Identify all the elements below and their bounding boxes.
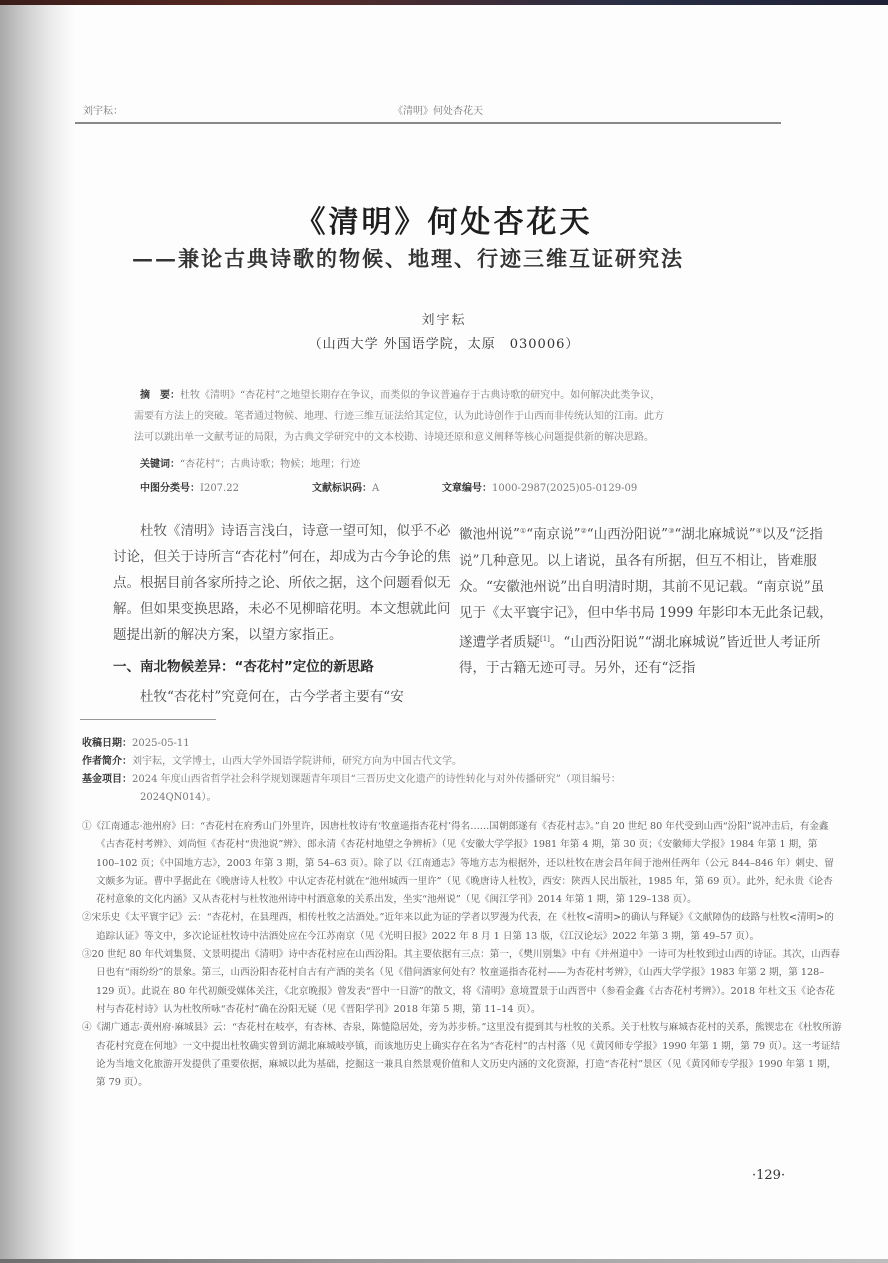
footnote-1: ①《江南通志·池州府》曰：“杏花村在府秀山门外里许，因唐杜牧诗有‘牧童遥指杏花村…: [82, 818, 842, 909]
citation-ref[interactable]: [1]: [540, 635, 550, 643]
author-affiliation: （山西大学 外国语学院，太原 030006）: [0, 333, 888, 352]
footnote-3: ③20 世纪 80 年代刘集贤、文景明提出《清明》诗中杏花村应在山西汾阳。其主要…: [82, 946, 842, 1019]
abstract-line-2: 需要有方法上的突破。笔者通过物候、地理、行迹三维互证法给其定位，认为此诗创作于山…: [134, 406, 780, 427]
article-author: 刘宇耘: [0, 309, 888, 328]
footnote-marker: ③: [82, 949, 92, 960]
body-right-column: 徽池州说”①“南京说”②“山西汾阳说”③“湖北麻城说”④以及“泛指说”几种意见。…: [459, 518, 835, 681]
abstract-line-3: 法可以跳出单一文献考证的局限，为古典文学研究中的文本校勘、诗境还原和意义阐释等核…: [134, 427, 780, 448]
keywords: 关键词：“杏花村”；古典诗歌；物候；地理；行迹: [140, 455, 360, 470]
received-date: 收稿日期：2025-05-11: [82, 735, 842, 753]
classification-row: 中图分类号：I207.22 文献标识码：A 文章编号：1000-2987(202…: [140, 479, 780, 494]
footnotes: ①《江南通志·池州府》曰：“杏花村在府秀山门外里许，因唐杜牧诗有‘牧童遥指杏花村…: [82, 818, 842, 1092]
body-paragraph: 杜牧《清明》诗语言浅白，诗意一望可知，似乎不必讨论，但关于诗所言“杏花村”何在，…: [113, 518, 458, 648]
footnote-marker: ④: [82, 1022, 92, 1033]
article-subtitle: ——兼论古典诗歌的物候、地理、行迹三维互证研究法: [132, 243, 684, 273]
author-bio: 作者简介：刘宇耘，文学博士，山西大学外国语学院讲师，研究方向为中国古代文学。: [82, 753, 842, 771]
keywords-label: 关键词：: [140, 459, 180, 470]
abstract-line-1: 摘 要：杜牧《清明》“杏花村”之地望长期存在争议，而类似的争议普遍存于古典诗歌的…: [140, 385, 780, 406]
abstract: 摘 要：杜牧《清明》“杏花村”之地望长期存在争议，而类似的争议普遍存于古典诗歌的…: [140, 385, 780, 448]
body-paragraph-continued: 徽池州说”①“南京说”②“山西汾阳说”③“湖北麻城说”④以及“泛指说”几种意见。…: [459, 518, 835, 681]
article-metadata: 收稿日期：2025-05-11 作者简介：刘宇耘，文学博士，山西大学外国语学院讲…: [82, 735, 842, 807]
article-title: 《清明》何处杏花天: [0, 197, 888, 241]
running-header-author: 刘宇耘：: [83, 102, 123, 117]
footnote-4: ④《湖广通志·黄州府·麻城县》云：“杏花村在岐亭，有杏林、杏泉，陈慥隐居处，旁为…: [82, 1019, 842, 1092]
footnote-marker: ①: [82, 821, 92, 832]
footnote-marker: ②: [82, 912, 92, 923]
fund-project-continued: 2024QN014）。: [82, 789, 842, 807]
article-number: 文章编号：1000-2987(2025)05-0129-09: [442, 479, 637, 494]
clc-number: 中图分类号：I207.22: [140, 483, 239, 494]
footnote-divider: [80, 719, 216, 720]
keywords-value: “杏花村”；古典诗歌；物候；地理；行迹: [180, 459, 360, 470]
abstract-label: 摘 要：: [140, 390, 180, 401]
fund-project: 基金项目：2024 年度山西省哲学社会科学规划课题青年项目“三晋历史文化遗产的诗…: [82, 771, 842, 789]
body-paragraph: 杜牧“杏花村”究竟何在，古今学者主要有“安: [113, 684, 458, 710]
running-header-title: 《清明》何处杏花天: [393, 102, 483, 117]
journal-page: 刘宇耘： 《清明》何处杏花天 《清明》何处杏花天 ——兼论古典诗歌的物候、地理、…: [0, 0, 888, 1263]
photo-bottom-edge: [0, 1259, 888, 1263]
running-header: 刘宇耘： 《清明》何处杏花天: [83, 96, 488, 118]
body-left-column: 杜牧《清明》诗语言浅白，诗意一望可知，似乎不必讨论，但关于诗所言“杏花村”何在，…: [113, 518, 458, 710]
header-rule: [75, 122, 781, 124]
section-heading: 一、南北物候差异：“杏花村”定位的新思路: [113, 654, 458, 680]
page-number: ·129·: [752, 1168, 785, 1183]
document-code: 文献标识码：A: [312, 479, 379, 494]
footnote-2: ②宋乐史《太平寰宇记》云：“杏花村，在县理西，相传杜牧之沽酒处。”近年来以此为证…: [82, 909, 842, 946]
